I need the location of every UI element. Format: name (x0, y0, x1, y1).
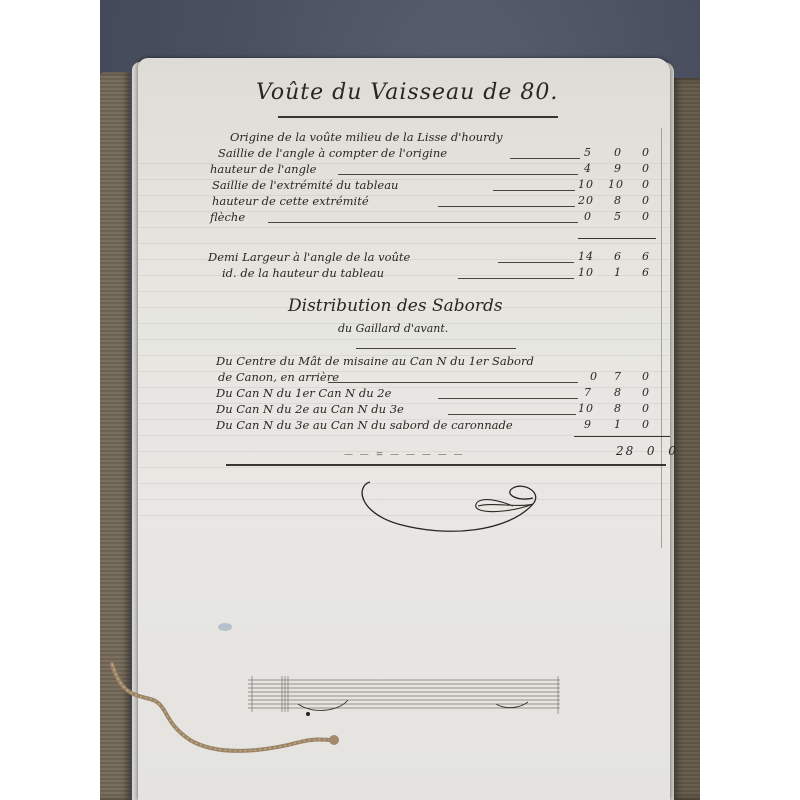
section-divider (226, 464, 666, 466)
row-label: Demi Largeur à l'angle de la voûte (208, 250, 410, 264)
total-rule (574, 436, 670, 437)
row-label: Du Centre du Mât de misaine au Can N du … (216, 354, 534, 368)
table-row: Du Can N du 2e au Can N du 3e 10 8 0 (138, 402, 670, 418)
row-label: hauteur de l'angle (210, 162, 316, 176)
row-label: Du Can N du 3e au Can N du sabord de car… (216, 418, 513, 432)
section-title: Distribution des Sabords (288, 296, 503, 316)
row-label: hauteur de cette extrémité (212, 194, 369, 208)
subtotal-rule (578, 238, 656, 239)
table-row: Demi Largeur à l'angle de la voûte 14 6 … (138, 250, 670, 266)
row-label: Origine de la voûte milieu de la Lisse d… (230, 130, 502, 144)
page-title: Voûte du Vaisseau de 80. (256, 80, 558, 105)
table-row: Du Can N du 1er Can N du 2e 7 8 0 (138, 386, 670, 402)
table-row: hauteur de cette extrémité 20 8 0 (138, 194, 670, 210)
table-row: Du Can N du 3e au Can N du sabord de car… (138, 418, 670, 434)
ink-stain (218, 623, 232, 631)
canvas-binding-right (670, 78, 700, 800)
row-label: Du Can N du 1er Can N du 2e (216, 386, 391, 400)
table-row: Saillie de l'angle à compter de l'origin… (138, 146, 670, 162)
table-row: de Canon, en arrière 0 7 0 (138, 370, 670, 386)
total-value: 28 0 0 (616, 444, 678, 458)
row-label: de Canon, en arrière (218, 370, 339, 384)
table-row: Du Centre du Mât de misaine au Can N du … (138, 354, 670, 370)
row-label: Saillie de l'angle à compter de l'origin… (218, 146, 447, 160)
row-label: id. de la hauteur du tableau (222, 266, 384, 280)
title-underline (278, 116, 558, 118)
dash-marks: — — = — — — — — (344, 450, 465, 460)
table-row: id. de la hauteur du tableau 10 1 6 (138, 266, 670, 282)
flourish-ornament (358, 472, 558, 542)
binding-string (100, 660, 360, 770)
section-subtitle: du Gaillard d'avant. (338, 322, 448, 335)
row-label: flèche (210, 210, 245, 224)
photo-background: Voûte du Vaisseau de 80. Origine de la v… (100, 0, 700, 800)
table-row: flèche 0 5 0 (138, 210, 670, 226)
section-underline (356, 348, 516, 349)
row-label: Du Can N du 2e au Can N du 3e (216, 402, 404, 416)
table-row: hauteur de l'angle 4 9 0 (138, 162, 670, 178)
row-label: Saillie de l'extrémité du tableau (212, 178, 398, 192)
table-row: Saillie de l'extrémité du tableau 10 10 … (138, 178, 670, 194)
table-row: Origine de la voûte milieu de la Lisse d… (138, 130, 670, 146)
